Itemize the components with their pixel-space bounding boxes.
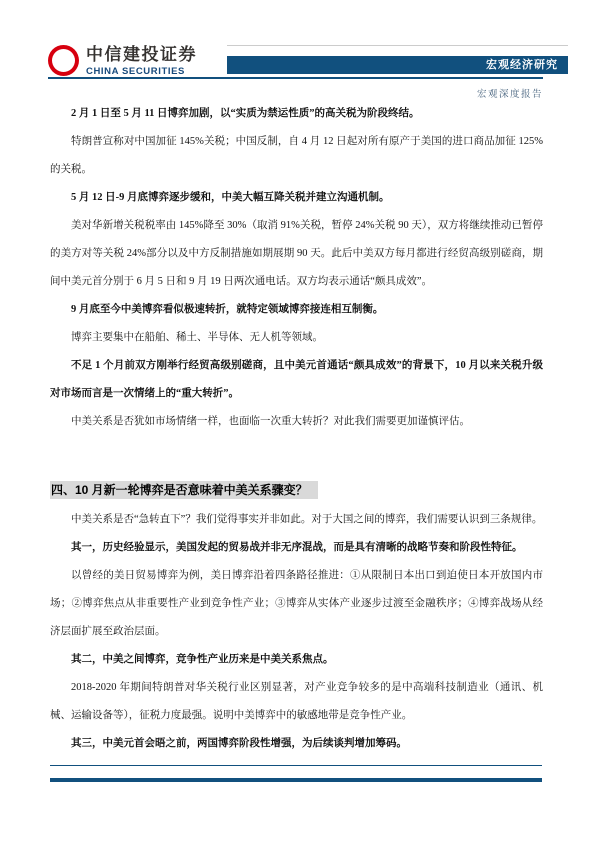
paragraph: 其三，中美元首会晤之前，两国博弈阶段性增强，为后续谈判增加筹码。 [50,730,543,758]
banner-top-line [227,45,568,46]
paragraph: 特朗普宣称对中国加征 145%关税；中国反制，自 4 月 12 日起对所有原产于… [50,128,543,184]
report-page: 中信建投证券 CHINA SECURITIES 宏观经济研究 宏观深度报告 2 … [0,0,595,842]
footer-thin-line [50,765,542,766]
paragraph: 中美关系是否犹如市场情绪一样，也面临一次重大转折？对此我们需要更加谨慎评估。 [50,408,543,436]
paragraph: 不足 1 个月前双方刚举行经贸高级别磋商，且中美元首通话“颇具成效”的背景下，1… [50,352,543,408]
paragraph: 博弈主要集中在船舶、稀土、半导体、无人机等领域。 [50,324,543,352]
paragraph: 中美关系是否“急转直下”？我们觉得事实并非如此。对于大国之间的博弈，我们需要认识… [50,506,543,534]
paragraph: 9 月底至今中美博弈看似极速转折，就特定领域博弈接连相互制衡。 [50,296,543,324]
paragraph: 以曾经的美日贸易博弈为例，美日博弈沿着四条路径推进：①从限制日本出口到迫使日本开… [50,562,543,646]
header-divider [48,77,543,79]
research-category-banner: 宏观经济研究 [227,56,568,74]
paragraph: 2 月 1 日至 5 月 11 日博弈加剧，以“实质为禁运性质”的高关税为阶段终… [50,100,543,128]
section-heading: 四、10 月新一轮博弈是否意味着中美关系骤变？ [50,481,318,499]
footer-thick-bar [50,778,542,782]
report-type-label: 宏观深度报告 [350,86,543,100]
paragraph: 2018-2020 年期间特朗普对华关税行业区别显著，对产业竞争较多的是中高端科… [50,674,543,730]
paragraph: 美对华新增关税税率由 145%降至 30%（取消 91%关税，暂停 24%关税 … [50,212,543,296]
paragraph: 其二，中美之间博弈，竞争性产业历来是中美关系焦点。 [50,646,543,674]
citic-logo-icon [48,45,79,76]
document-body: 2 月 1 日至 5 月 11 日博弈加剧，以“实质为禁运性质”的高关税为阶段终… [50,100,543,758]
paragraph: 其一，历史经验显示，美国发起的贸易战并非无序混战，而是具有清晰的战略节奏和阶段性… [50,534,543,562]
company-logo: 中信建投证券 CHINA SECURITIES [48,45,197,78]
paragraph: 5 月 12 日-9 月底博弈逐步缓和，中美大幅互降关税并建立沟通机制。 [50,184,543,212]
logo-text: 中信建投证券 CHINA SECURITIES [86,45,197,78]
logo-name-cn: 中信建投证券 [86,45,197,65]
